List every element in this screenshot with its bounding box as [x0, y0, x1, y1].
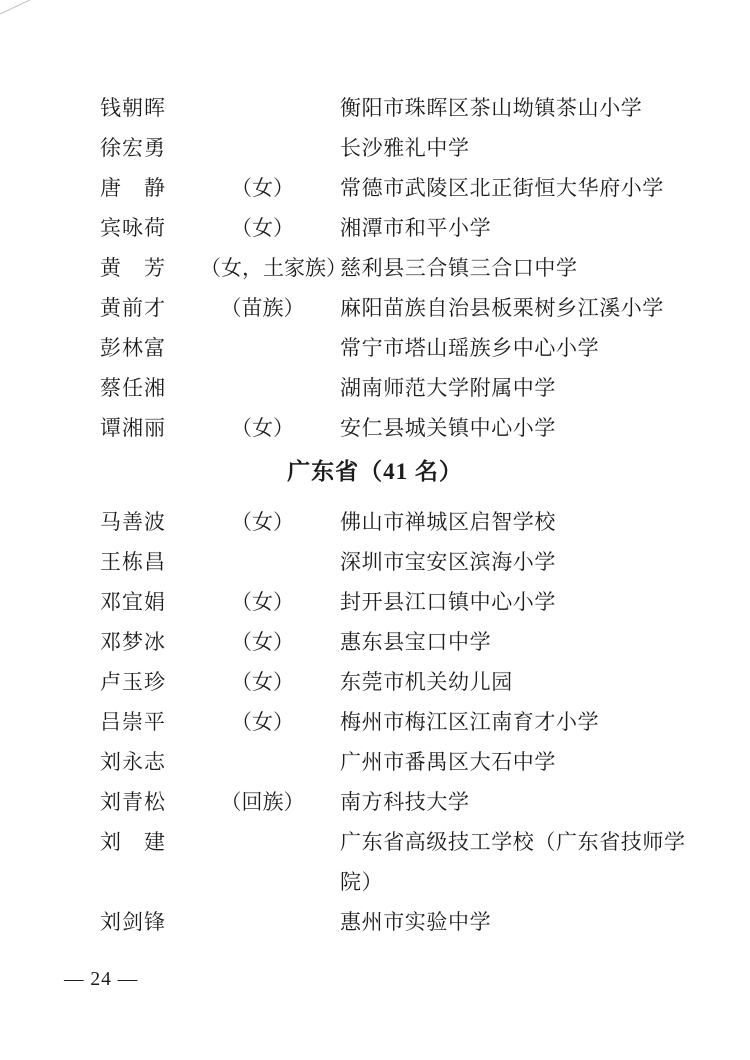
person-row: 彭林富 常宁市塔山瑶族乡中心小学	[0, 328, 750, 368]
person-gender-ethnicity: （女）	[200, 582, 325, 622]
person-row: 邓宜娟 （女） 封开县江口镇中心小学	[0, 582, 750, 622]
person-school: 深圳市宝安区滨海小学	[325, 542, 697, 582]
person-gender-ethnicity: （女）	[200, 208, 325, 248]
person-row: 吕崇平 （女） 梅州市梅江区江南育才小学	[0, 702, 750, 742]
person-name: 卢玉珍	[100, 662, 200, 702]
person-row: 蔡任湘 湖南师范大学附属中学	[0, 368, 750, 408]
person-gender-ethnicity: （女）	[200, 502, 325, 542]
person-gender-ethnicity: （回族）	[200, 782, 325, 822]
person-row: 黄前才 （苗族） 麻阳苗族自治县板栗树乡江溪小学	[0, 288, 750, 328]
roster-list: 钱朝晖 衡阳市珠晖区茶山坳镇茶山小学 徐宏勇 长沙雅礼中学 唐 静 （女） 常德…	[0, 88, 750, 942]
person-gender-ethnicity: （女）	[200, 408, 325, 448]
person-school: 湖南师范大学附属中学	[325, 368, 697, 408]
person-school: 安仁县城关镇中心小学	[325, 408, 697, 448]
person-row: 宾咏荷 （女） 湘潭市和平小学	[0, 208, 750, 248]
section-header: 广东省（41 名）	[0, 452, 750, 492]
person-row: 马善波 （女） 佛山市禅城区启智学校	[0, 502, 750, 542]
person-gender-ethnicity: （女）	[200, 168, 325, 208]
document-page: 钱朝晖 衡阳市珠晖区茶山坳镇茶山小学 徐宏勇 长沙雅礼中学 唐 静 （女） 常德…	[0, 0, 750, 1060]
person-row: 唐 静 （女） 常德市武陵区北正街恒大华府小学	[0, 168, 750, 208]
person-gender-ethnicity: （苗族）	[200, 288, 325, 328]
person-school: 常宁市塔山瑶族乡中心小学	[325, 328, 697, 368]
person-name: 王栋昌	[100, 542, 200, 582]
person-gender-ethnicity: （女）	[200, 702, 325, 742]
person-gender-ethnicity	[200, 328, 325, 368]
person-school: 麻阳苗族自治县板栗树乡江溪小学	[325, 288, 697, 328]
person-name: 徐宏勇	[100, 128, 200, 168]
person-name: 钱朝晖	[100, 88, 200, 128]
person-row: 卢玉珍 （女） 东莞市机关幼儿园	[0, 662, 750, 702]
person-gender-ethnicity	[200, 822, 325, 902]
person-name: 邓宜娟	[100, 582, 200, 622]
person-row: 黄 芳 （女，土家族） 慈利县三合镇三合口中学	[0, 248, 750, 288]
person-gender-ethnicity: （女）	[200, 622, 325, 662]
person-name: 吕崇平	[100, 702, 200, 742]
person-school: 惠州市实验中学	[325, 902, 697, 942]
person-gender-ethnicity: （女，土家族）	[200, 248, 325, 288]
person-school: 东莞市机关幼儿园	[325, 662, 697, 702]
person-name: 刘剑锋	[100, 902, 200, 942]
person-gender-ethnicity	[200, 902, 325, 942]
person-row: 徐宏勇 长沙雅礼中学	[0, 128, 750, 168]
page-number: — 24 —	[64, 966, 138, 994]
person-name: 刘青松	[100, 782, 200, 822]
person-gender-ethnicity	[200, 742, 325, 782]
person-row: 刘青松 （回族） 南方科技大学	[0, 782, 750, 822]
person-row: 谭湘丽 （女） 安仁县城关镇中心小学	[0, 408, 750, 448]
person-name: 唐 静	[100, 168, 200, 208]
person-row: 钱朝晖 衡阳市珠晖区茶山坳镇茶山小学	[0, 88, 750, 128]
person-gender-ethnicity	[200, 88, 325, 128]
person-school: 常德市武陵区北正街恒大华府小学	[325, 168, 697, 208]
person-name: 马善波	[100, 502, 200, 542]
person-school: 封开县江口镇中心小学	[325, 582, 697, 622]
person-school: 慈利县三合镇三合口中学	[325, 248, 697, 288]
person-school: 佛山市禅城区启智学校	[325, 502, 697, 542]
person-name: 邓梦冰	[100, 622, 200, 662]
person-name: 刘永志	[100, 742, 200, 782]
person-school: 梅州市梅江区江南育才小学	[325, 702, 697, 742]
person-name: 黄 芳	[100, 248, 200, 288]
person-gender-ethnicity: （女）	[200, 662, 325, 702]
person-row: 刘 建 广东省高级技工学校（广东省技师学院）	[0, 822, 750, 902]
person-row: 王栋昌 深圳市宝安区滨海小学	[0, 542, 750, 582]
person-gender-ethnicity	[200, 542, 325, 582]
person-school: 南方科技大学	[325, 782, 697, 822]
person-row: 邓梦冰 （女） 惠东县宝口中学	[0, 622, 750, 662]
person-name: 蔡任湘	[100, 368, 200, 408]
person-row: 刘剑锋 惠州市实验中学	[0, 902, 750, 942]
person-school: 衡阳市珠晖区茶山坳镇茶山小学	[325, 88, 697, 128]
person-row: 刘永志 广州市番禺区大石中学	[0, 742, 750, 782]
person-school: 广州市番禺区大石中学	[325, 742, 697, 782]
person-name: 彭林富	[100, 328, 200, 368]
person-school: 惠东县宝口中学	[325, 622, 697, 662]
scan-artifact-line	[0, 0, 40, 20]
person-name: 刘 建	[100, 822, 200, 902]
person-name: 宾咏荷	[100, 208, 200, 248]
person-name: 黄前才	[100, 288, 200, 328]
person-name: 谭湘丽	[100, 408, 200, 448]
person-school: 湘潭市和平小学	[325, 208, 697, 248]
person-school: 长沙雅礼中学	[325, 128, 697, 168]
person-gender-ethnicity	[200, 368, 325, 408]
person-school: 广东省高级技工学校（广东省技师学院）	[325, 822, 697, 902]
person-gender-ethnicity	[200, 128, 325, 168]
